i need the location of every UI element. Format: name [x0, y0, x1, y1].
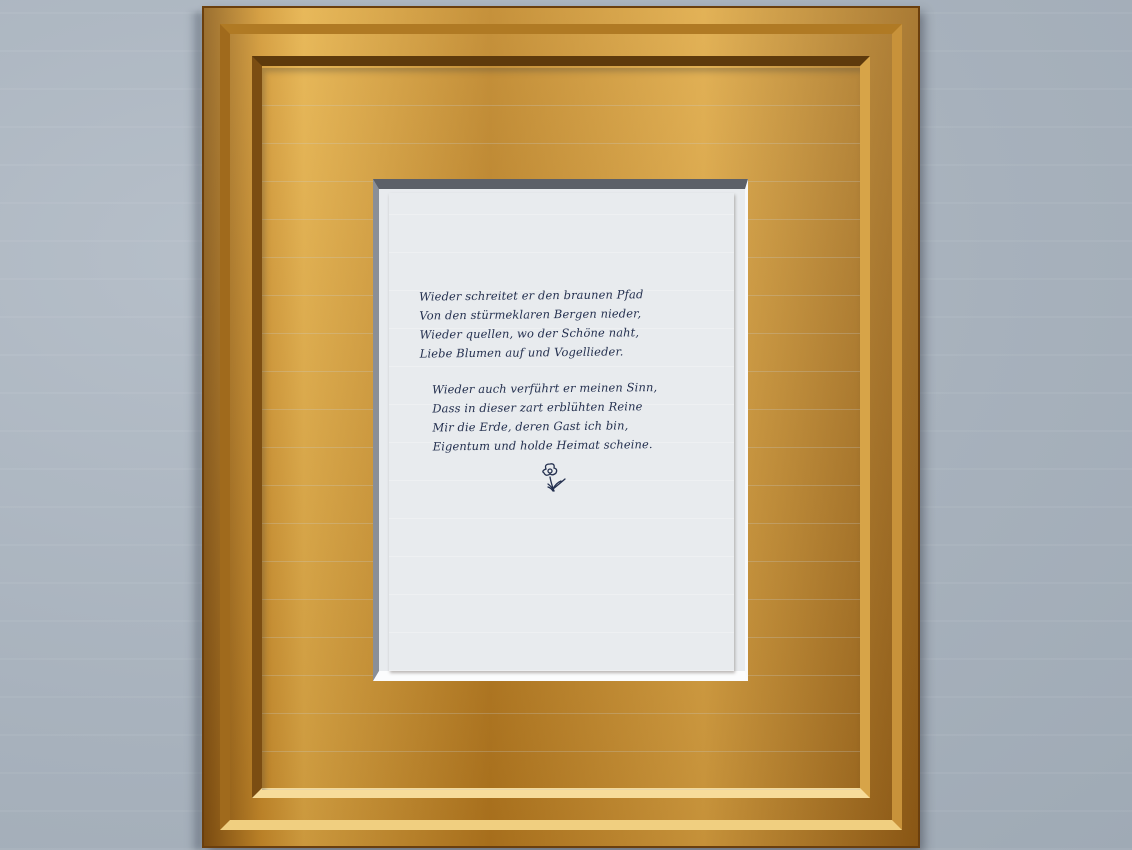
poem-line: Liebe Blumen auf und Vogellieder.	[420, 341, 720, 363]
poem-line: Eigentum und holde Heimat scheine.	[433, 434, 721, 456]
handwritten-poem: Wieder schreitet er den braunen Pfad Von…	[419, 284, 721, 473]
wall-shadow	[188, 12, 202, 850]
poem-stanza-2: Wieder auch verführt er meinen Sinn, Das…	[420, 377, 721, 456]
poem-stanza-1: Wieder schreitet er den braunen Pfad Von…	[419, 284, 720, 363]
flower-icon	[538, 462, 572, 496]
